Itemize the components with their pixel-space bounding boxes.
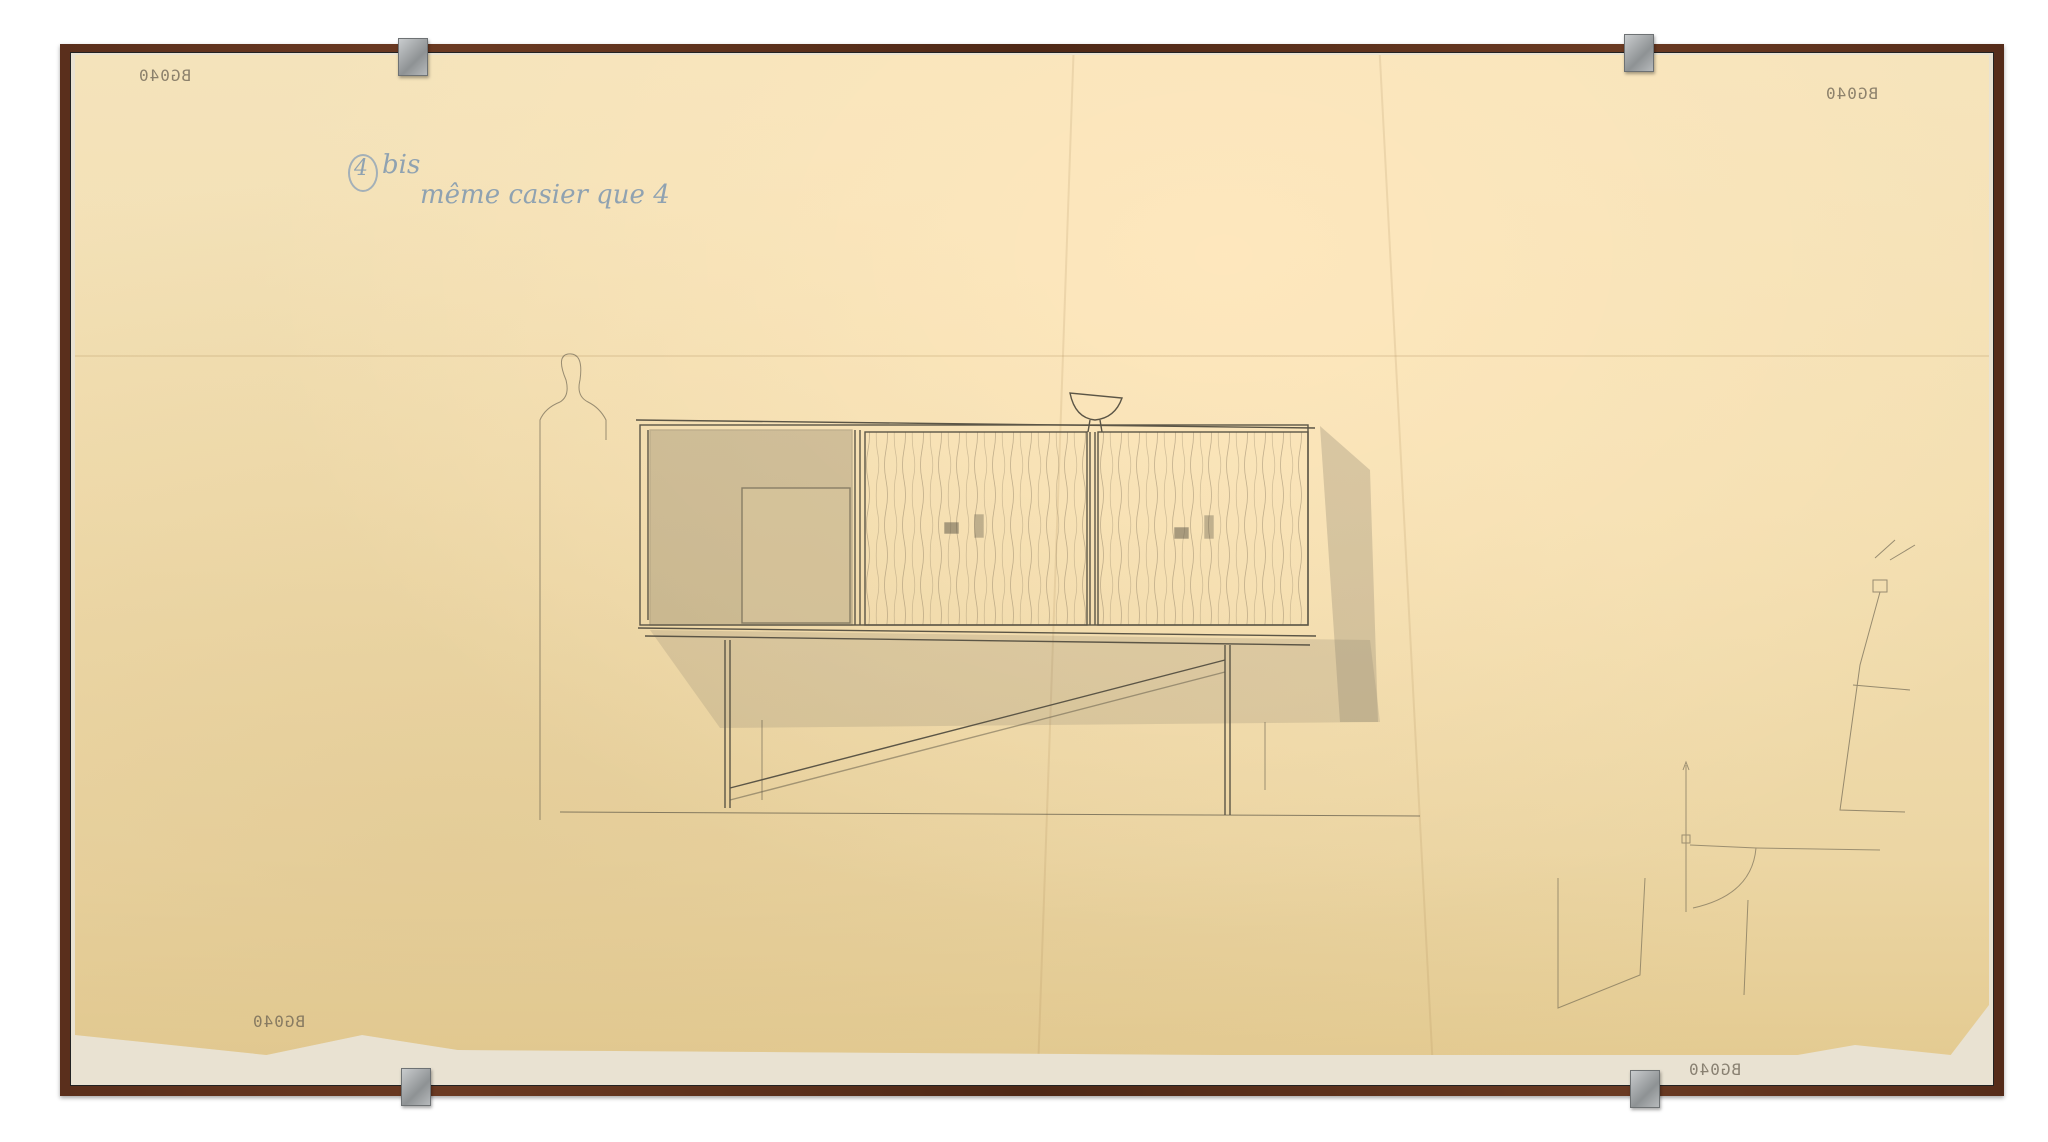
hinge-detail-sketch [1558,762,1880,1008]
human-silhouette [540,354,606,820]
cabinet-drawing [0,0,2048,1142]
side-detail-sketch [1840,540,1915,812]
